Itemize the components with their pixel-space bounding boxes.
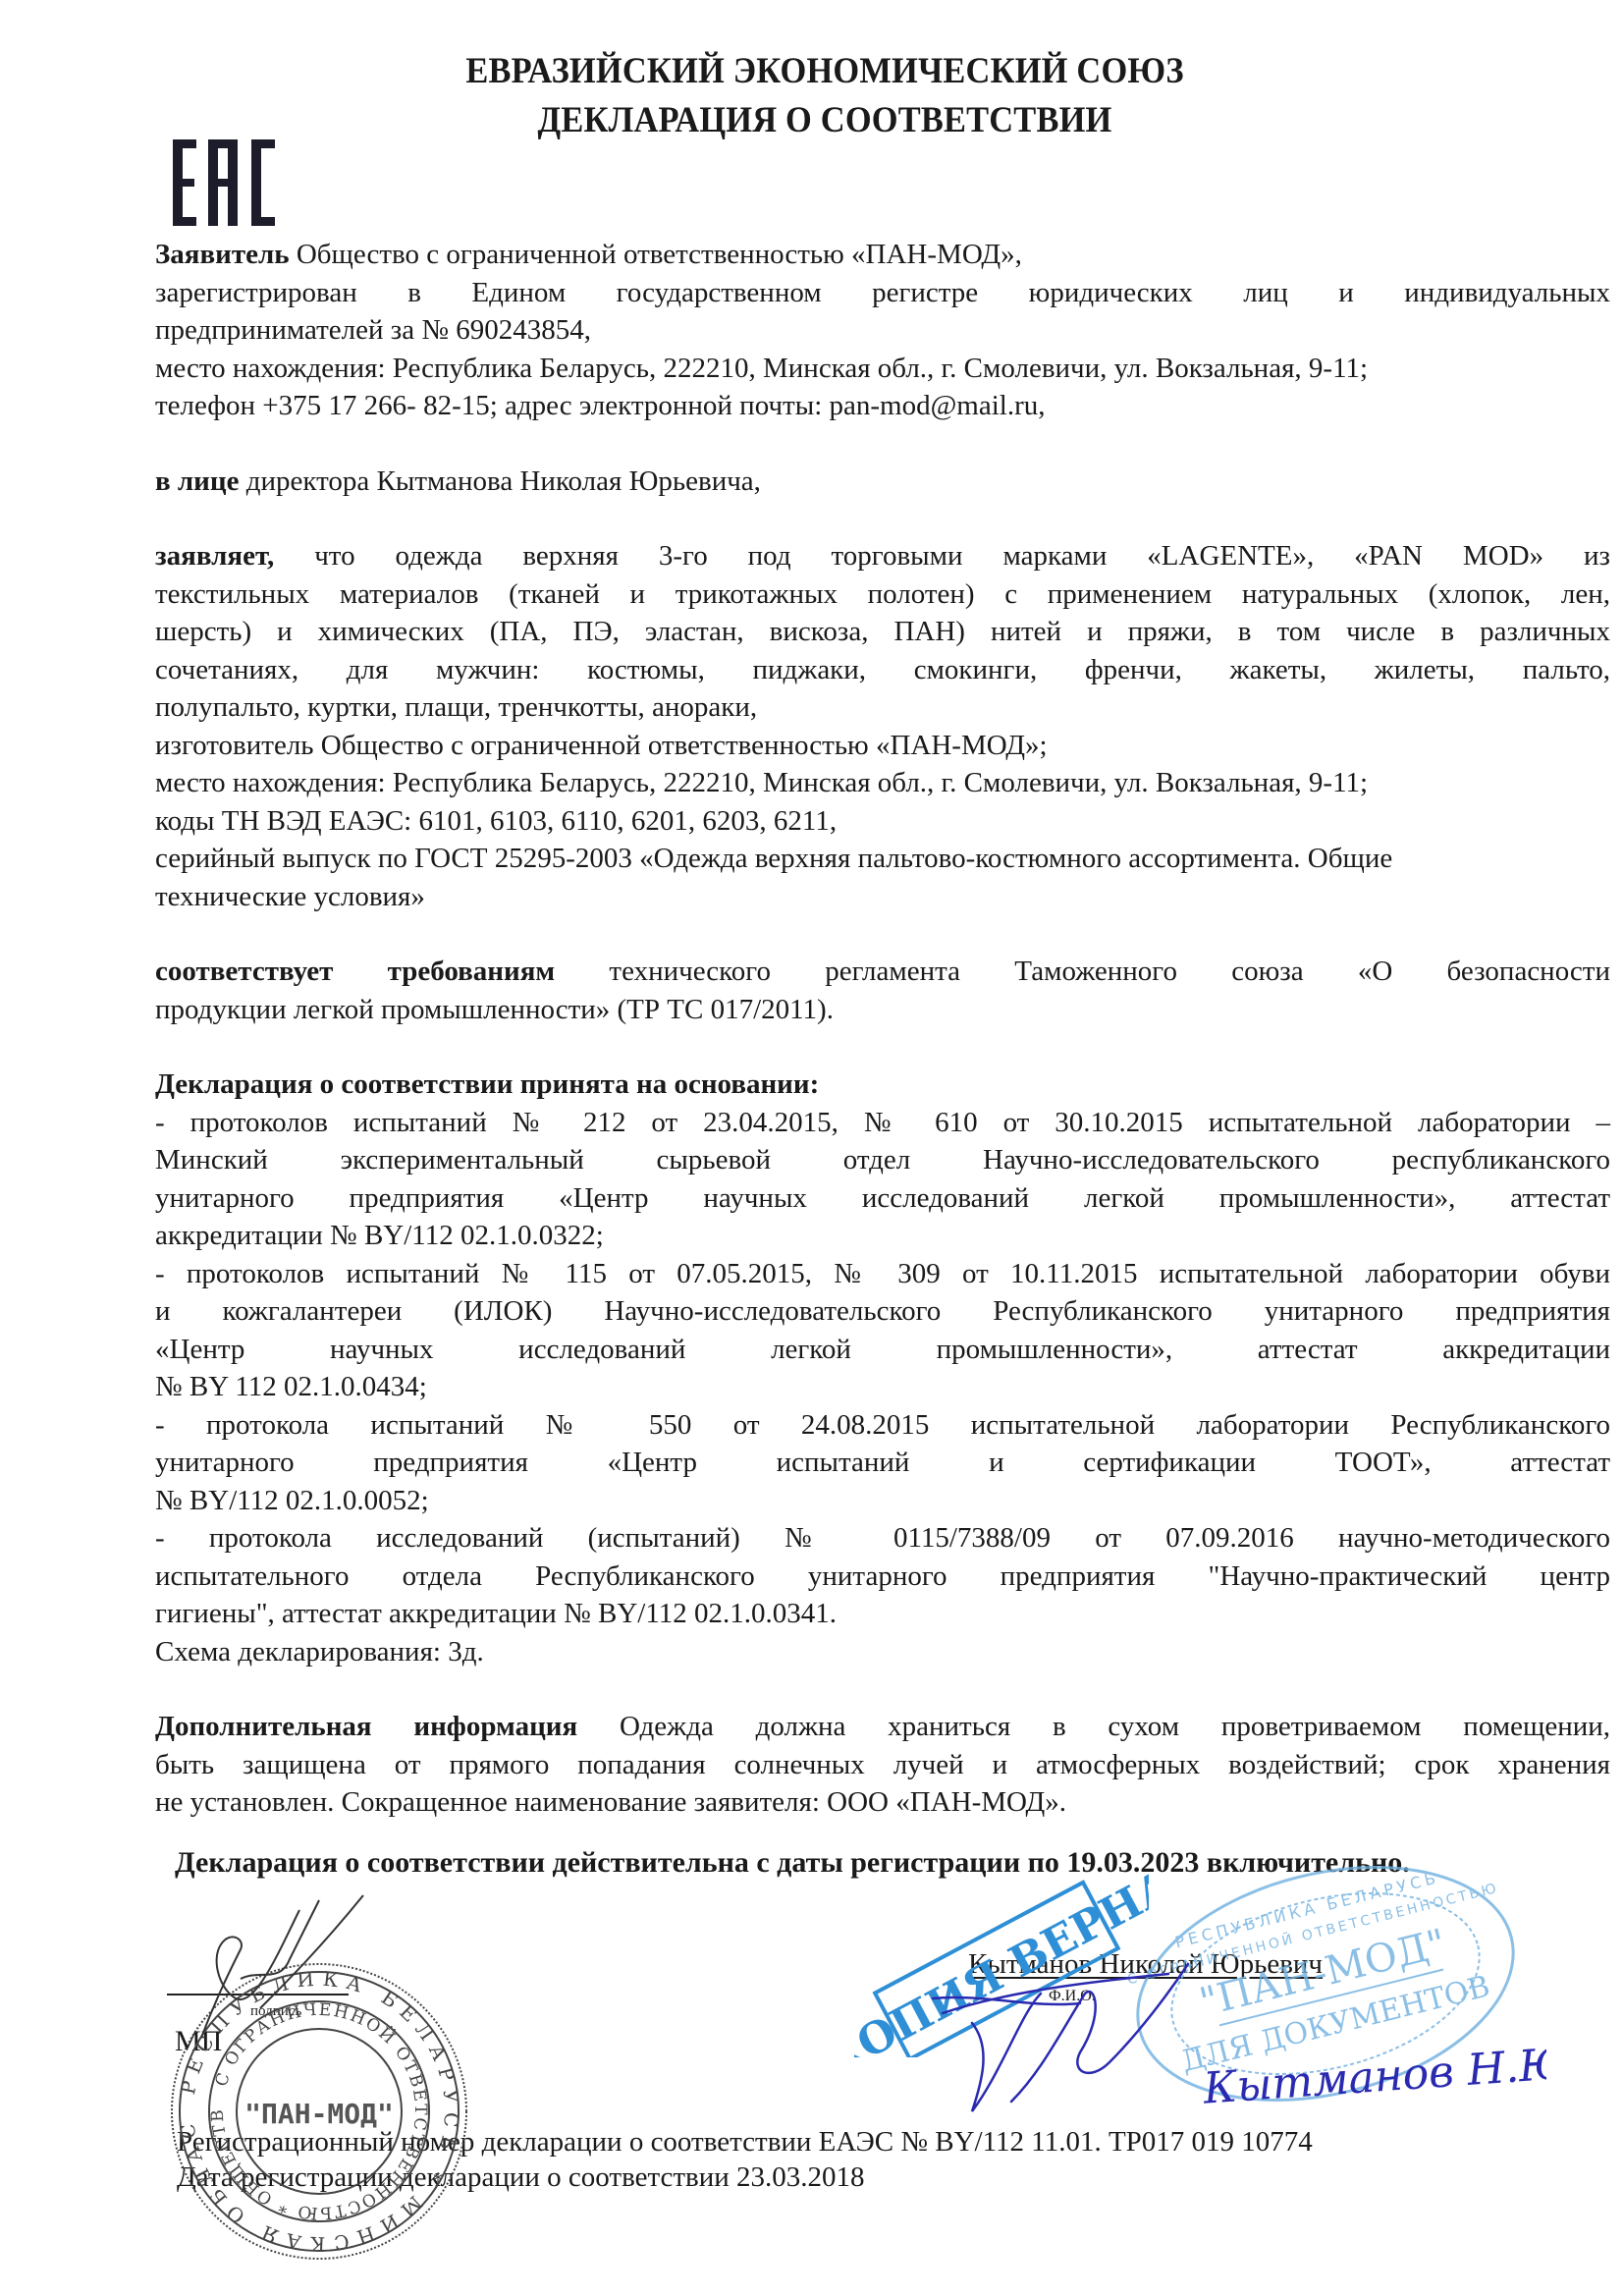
handwritten-name-icon: Кытманов Н.Ю. [1193, 2033, 1546, 2111]
basis-item-4-line-3: гигиены", аттестат аккредитации № BY/112… [155, 1595, 1610, 1633]
manufacturer: изготовитель Общество с ограниченной отв… [155, 727, 1610, 765]
product-description-5: полупальто, куртки, плащи, тренчкотты, а… [155, 688, 1610, 727]
basis-item-1-line-4: аккредитации № BY/112 02.1.0.0322; [155, 1217, 1610, 1255]
basis-item-2-line-4: № BY 112 02.1.0.0434; [155, 1368, 1610, 1406]
additional-info-2: быть защищена от прямого попадания солне… [155, 1746, 1610, 1784]
basis-item-2-line-1: - протоколов испытаний № 115 от 07.05.20… [155, 1255, 1610, 1293]
signature-label: подпись [250, 2003, 301, 2020]
basis-item-3-line-2: унитарного предприятия «Центр испытаний … [155, 1444, 1610, 1482]
serial-standard-1: серийный выпуск по ГОСТ 25295-2003 «Одеж… [155, 840, 1610, 878]
representative-label: в лице [155, 465, 239, 497]
document-header: ЕВРАЗИЙСКИЙ ЭКОНОМИЧЕСКИЙ СОЮЗ ДЕКЛАРАЦИ… [324, 47, 1325, 145]
product-description-1: что одежда верхняя 3-го под торговыми ма… [274, 540, 1610, 572]
oval-stamp-bottom-text: ДЛЯ ДОКУМЕНТОВ [1178, 1969, 1493, 2079]
representative-section: в лице директора Кытманова Николая Юрьев… [155, 463, 1610, 501]
applicant-address: место нахождения: Республика Беларусь, 2… [155, 350, 1610, 388]
signature-line [167, 1994, 349, 1995]
conformity-regulation-1: технического регламента Таможенного союз… [555, 956, 1610, 987]
declares-section: заявляет, что одежда верхняя 3-го под то… [155, 537, 1610, 915]
applicant-registry: зарегистрирован в Едином государственном… [155, 274, 1610, 312]
declaration-title: ДЕКЛАРАЦИЯ О СООТВЕТСТВИИ [359, 96, 1291, 145]
signatory-name-label: Ф.И.О. [1049, 1988, 1096, 2005]
basis-item-2-line-3: «Центр научных исследований легкой промы… [155, 1331, 1610, 1369]
basis-item-1-line-2: Минский экспериментальный сырьевой отдел… [155, 1141, 1610, 1179]
additional-info-1: Одежда должна храниться в сухом проветри… [577, 1711, 1610, 1742]
applicant-reg-number: предпринимателей за № 690243854, [155, 311, 1610, 350]
registration-number: Регистрационный номер декларации о соотв… [177, 2124, 1313, 2159]
declaration-body: Заявитель Общество с ограниченной ответс… [155, 236, 1610, 1822]
additional-info-section: Дополнительная информация Одежда должна … [155, 1708, 1610, 1822]
basis-item-3-line-1: - протокола испытаний № 550 от 24.08.201… [155, 1406, 1610, 1445]
basis-item-1-line-3: унитарного предприятия «Центр научных ис… [155, 1179, 1610, 1218]
product-description-3: шерсть) и химических (ПА, ПЭ, эластан, в… [155, 613, 1610, 651]
applicant-section: Заявитель Общество с ограниченной ответс… [155, 236, 1610, 425]
representative-name: директора Кытманова Николая Юрьевича, [239, 465, 760, 497]
seal-placeholder-label: МП [175, 2025, 222, 2058]
basis-item-4-line-1: - протокола исследований (испытаний) № 0… [155, 1519, 1610, 1558]
declaration-page: ЕВРАЗИЙСКИЙ ЭКОНОМИЧЕСКИЙ СОЮЗ ДЕКЛАРАЦИ… [0, 0, 1623, 2296]
basis-heading: Декларация о соответствии принята на осн… [155, 1066, 1610, 1104]
handwritten-name-text: Кытманов Н.Ю. [1201, 2038, 1546, 2111]
validity-statement: Декларация о соответствии действительна … [175, 1846, 1410, 1880]
svg-text:РЕСПУБЛИКА БЕЛАРУСЬ * МИНСКАЯ: РЕСПУБЛИКА БЕЛАРУСЬ * МИНСКАЯ ОБЛАСТЬ [162, 1954, 463, 2256]
conformity-regulation-2: продукции легкой промышленности» (ТР ТС … [155, 991, 1610, 1029]
basis-item-4-line-2: испытательного отдела Республиканского у… [155, 1558, 1610, 1596]
product-description-4: сочетаниях, для мужчин: костюмы, пиджаки… [155, 651, 1610, 689]
seal-outer-text: РЕСПУБЛИКА БЕЛАРУСЬ * МИНСКАЯ ОБЛАСТЬ [162, 1954, 463, 2256]
additional-info-3: не установлен. Сокращенное наименование … [155, 1783, 1610, 1822]
additional-info-label: Дополнительная информация [155, 1711, 577, 1742]
basis-section: Декларация о соответствии принята на осн… [155, 1066, 1610, 1670]
union-title: ЕВРАЗИЙСКИЙ ЭКОНОМИЧЕСКИЙ СОЮЗ [359, 47, 1291, 96]
director-signature-left-icon [162, 1890, 398, 2048]
registration-date: Дата регистрации декларации о соответств… [177, 2159, 865, 2195]
signatory-full-name: Кытманов Николай Юрьевич [968, 1948, 1323, 1981]
round-company-seal-icon: РЕСПУБЛИКА БЕЛАРУСЬ * МИНСКАЯ ОБЛАСТЬ С … [162, 1954, 476, 2269]
conformity-label: соответствует требованиям [155, 956, 555, 987]
conformity-section: соответствует требованиям технического р… [155, 953, 1610, 1028]
product-description-2: текстильных материалов (тканей и трикота… [155, 575, 1610, 614]
applicant-label: Заявитель [155, 239, 290, 270]
declares-label: заявляет, [155, 540, 274, 572]
basis-item-1-line-1: - протоколов испытаний № 212 от 23.04.20… [155, 1104, 1610, 1142]
oval-stamp-outer-text: РЕСПУБЛИКА БЕЛАРУСЬ [1173, 1868, 1441, 1951]
eac-logo-icon [173, 137, 275, 228]
basis-item-3-line-3: № BY/112 02.1.0.0052; [155, 1482, 1610, 1520]
basis-item-2-line-2: и кожгалантереи (ИЛОК) Научно-исследоват… [155, 1292, 1610, 1331]
declaration-scheme: Схема декларирования: 3д. [155, 1633, 1610, 1671]
serial-standard-2: технические условия» [155, 878, 1610, 916]
oval-document-stamp-icon: "ПАН-МОД" ДЛЯ ДОКУМЕНТОВ РЕСПУБЛИКА БЕЛА… [1119, 1856, 1532, 2111]
tn-ved-codes: коды ТН ВЭД ЕАЭС: 6101, 6103, 6110, 6201… [155, 802, 1610, 841]
applicant-contacts: телефон +375 17 266- 82-15; адрес электр… [155, 387, 1610, 425]
applicant-name: Общество с ограниченной ответственностью… [290, 239, 1022, 270]
manufacturer-address: место нахождения: Республика Беларусь, 2… [155, 764, 1610, 802]
